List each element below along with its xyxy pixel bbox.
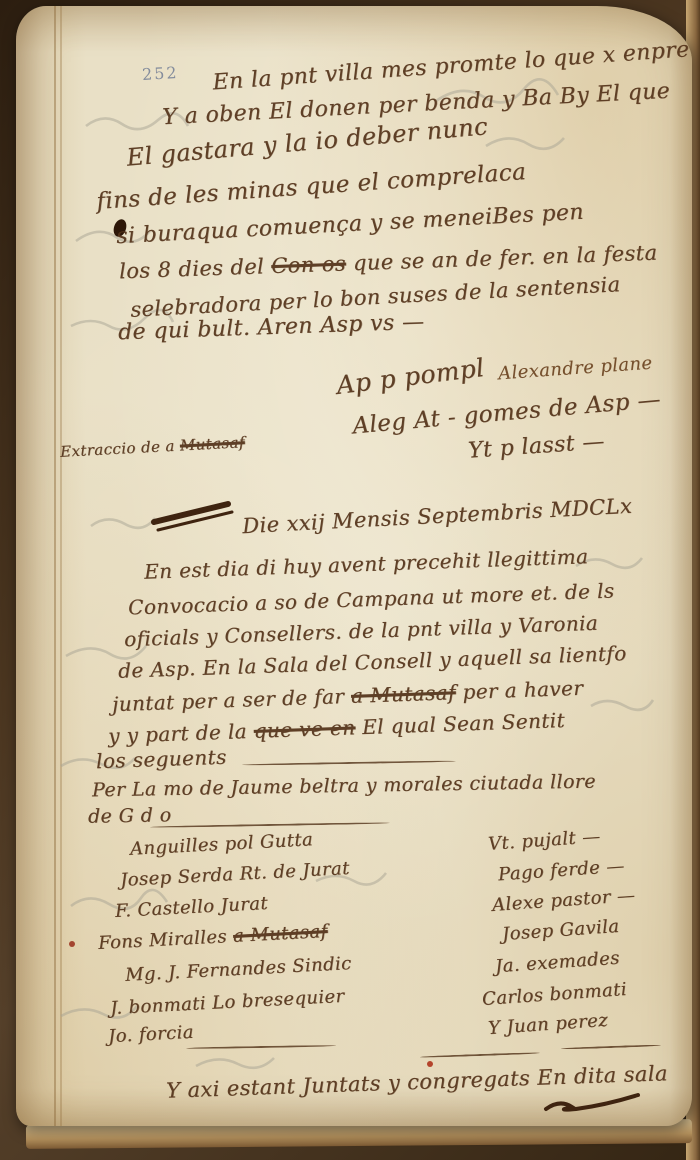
attendee-name: Ja. exemades	[494, 948, 620, 978]
act-line: En est dia di huy avent precehit llegitt…	[144, 544, 589, 583]
line-text: per a haver	[455, 676, 583, 704]
attendee-name: Jo. forcia	[108, 1022, 195, 1047]
struck-text: a Mutasaf	[351, 680, 457, 708]
attendee-name: Alexe pastor —	[491, 885, 636, 916]
attendee-name: F. Castello Jurat	[115, 893, 269, 922]
struck-text: que ve en	[253, 715, 355, 743]
line-text: Fons Miralles	[98, 926, 234, 954]
signature: Alexandre plane	[497, 353, 653, 385]
line-text: juntat per a ser de far	[112, 684, 352, 716]
line-text: que se an de fer. en la festa	[345, 241, 657, 276]
red-speck	[427, 1061, 433, 1067]
act-line: los seguents	[96, 745, 227, 774]
act-line: de G d o	[88, 804, 172, 827]
ink-rule	[420, 1052, 540, 1058]
page-number: 252	[142, 63, 179, 84]
line-text: y y part de la	[108, 719, 254, 748]
act-line: Per La mo de Jaume beltra y morales ciut…	[92, 771, 596, 802]
section-mark	[154, 504, 232, 530]
attendee-name: Carlos bonmati	[481, 979, 627, 1010]
attendee-name: Anguilles pol Gutta	[130, 829, 314, 860]
attendee-name: Y Juan perez	[487, 1010, 608, 1039]
manuscript-photo: 252 En la pnt villa mes promte lo que x …	[0, 0, 700, 1160]
line-text: los 8 dies del	[119, 254, 272, 283]
struck-text: Mutasaf	[179, 433, 245, 454]
attendee-name: Pago ferde —	[497, 856, 625, 886]
struck-text: a Mutasaf	[233, 921, 329, 947]
ink-rule	[561, 1044, 661, 1049]
attendee-name: Josep Serda Rt. de Jurat	[120, 858, 351, 891]
signature: Yt p lasst —	[467, 429, 605, 463]
manuscript-page: 252 En la pnt villa mes promte lo que x …	[16, 6, 692, 1126]
book-gutter	[50, 6, 66, 1126]
pen-flourish	[546, 1095, 638, 1110]
attendee-name: Vt. pujalt —	[487, 826, 601, 855]
attendee-name: Josep Gavila	[501, 916, 620, 945]
margin-note: Extraccio de a Mutasaf	[60, 433, 246, 461]
ink-rule	[186, 1045, 336, 1050]
attendee-name: Fons Miralles a Mutasaf	[98, 921, 329, 954]
margin-note-text: Extraccio de a	[60, 437, 181, 461]
attendee-name: Mg. J. Fernandes Sindic	[125, 953, 353, 986]
act-line: y y part de la que ve en El qual Sean Se…	[108, 708, 566, 748]
line-text: El qual Sean Sentit	[355, 708, 565, 739]
signature: Aleg At - gomes de Asp —	[351, 387, 661, 440]
closing-line: Y axi estant Juntats y congregats En dit…	[166, 1061, 668, 1103]
signature: Ap p pompl	[335, 353, 486, 400]
ink-rule	[242, 760, 456, 766]
act-line: Die xxij Mensis Septembris MDCLx	[242, 494, 633, 538]
ink-rule	[150, 822, 390, 828]
attendee-name: J. bonmati Lo bresequier	[110, 986, 345, 1019]
red-speck	[69, 941, 75, 947]
struck-text: Con os	[271, 251, 347, 278]
